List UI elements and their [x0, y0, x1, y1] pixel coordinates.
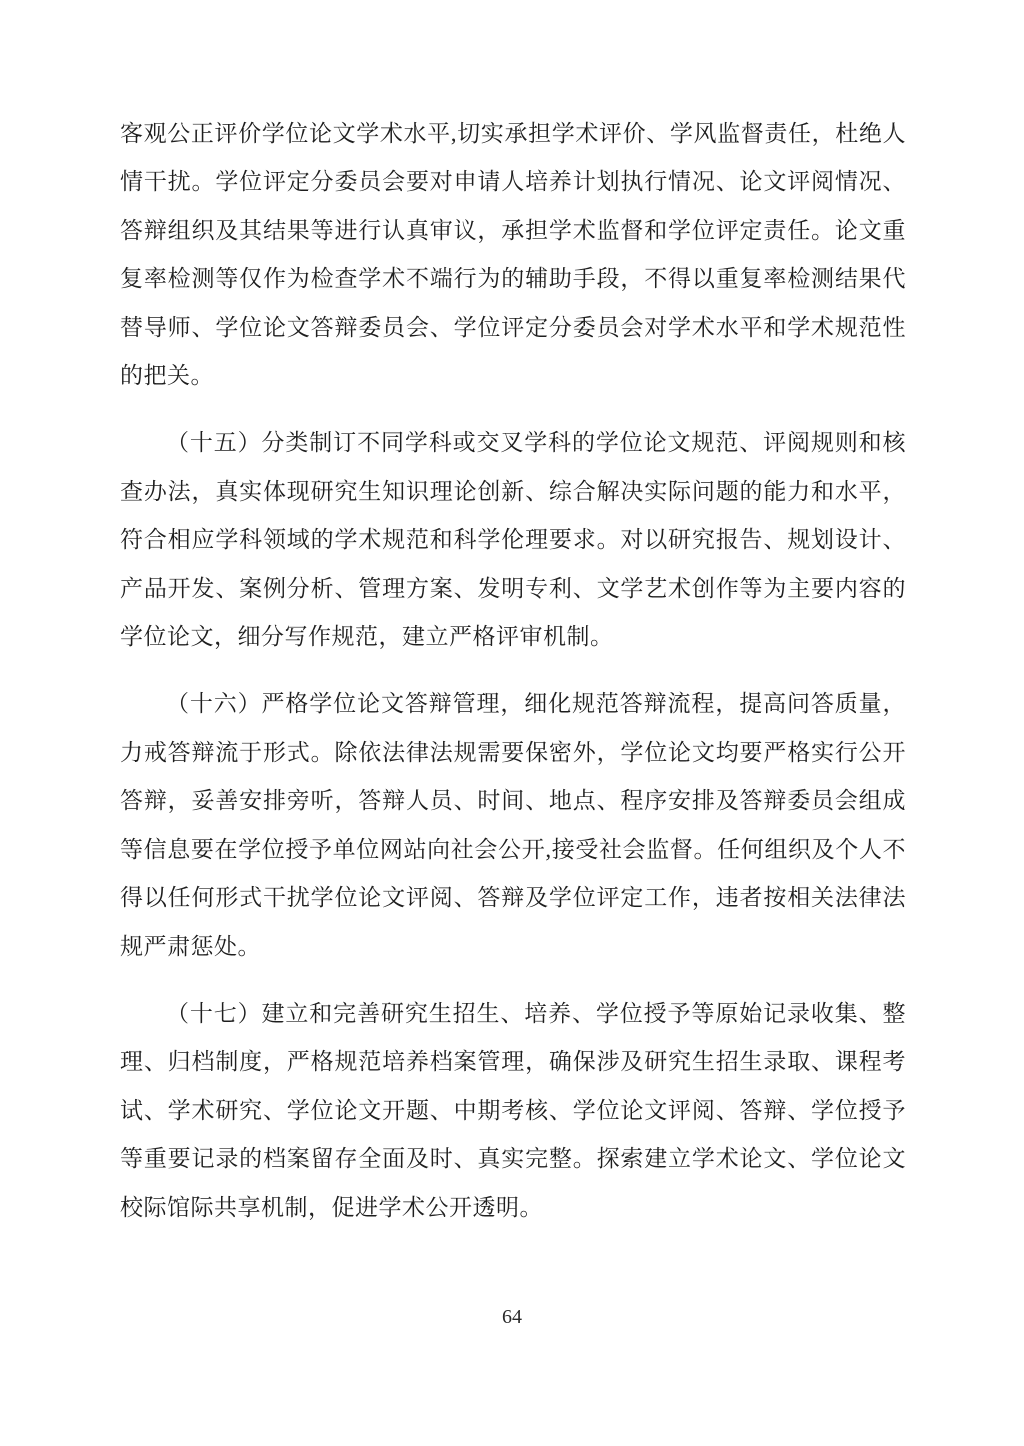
body-paragraph-item-16: （十六）严格学位论文答辩管理，细化规范答辩流程，提高问答质量，力戒答辩流于形式。…	[120, 680, 906, 970]
document-page: 客观公正评价学位论文学术水平,切实承担学术评价、学风监督责任，杜绝人情干扰。学位…	[0, 0, 1024, 1446]
page-number: 64	[0, 1306, 1024, 1329]
body-paragraph-item-17: （十七）建立和完善研究生招生、培养、学位授予等原始记录收集、整理、归档制度，严格…	[120, 990, 906, 1232]
body-paragraph: 客观公正评价学位论文学术水平,切实承担学术评价、学风监督责任，杜绝人情干扰。学位…	[120, 110, 906, 400]
body-paragraph-item-15: （十五）分类制订不同学科或交叉学科的学位论文规范、评阅规则和核查办法，真实体现研…	[120, 419, 906, 661]
page-body-text: 客观公正评价学位论文学术水平,切实承担学术评价、学风监督责任，杜绝人情干扰。学位…	[120, 110, 906, 1232]
